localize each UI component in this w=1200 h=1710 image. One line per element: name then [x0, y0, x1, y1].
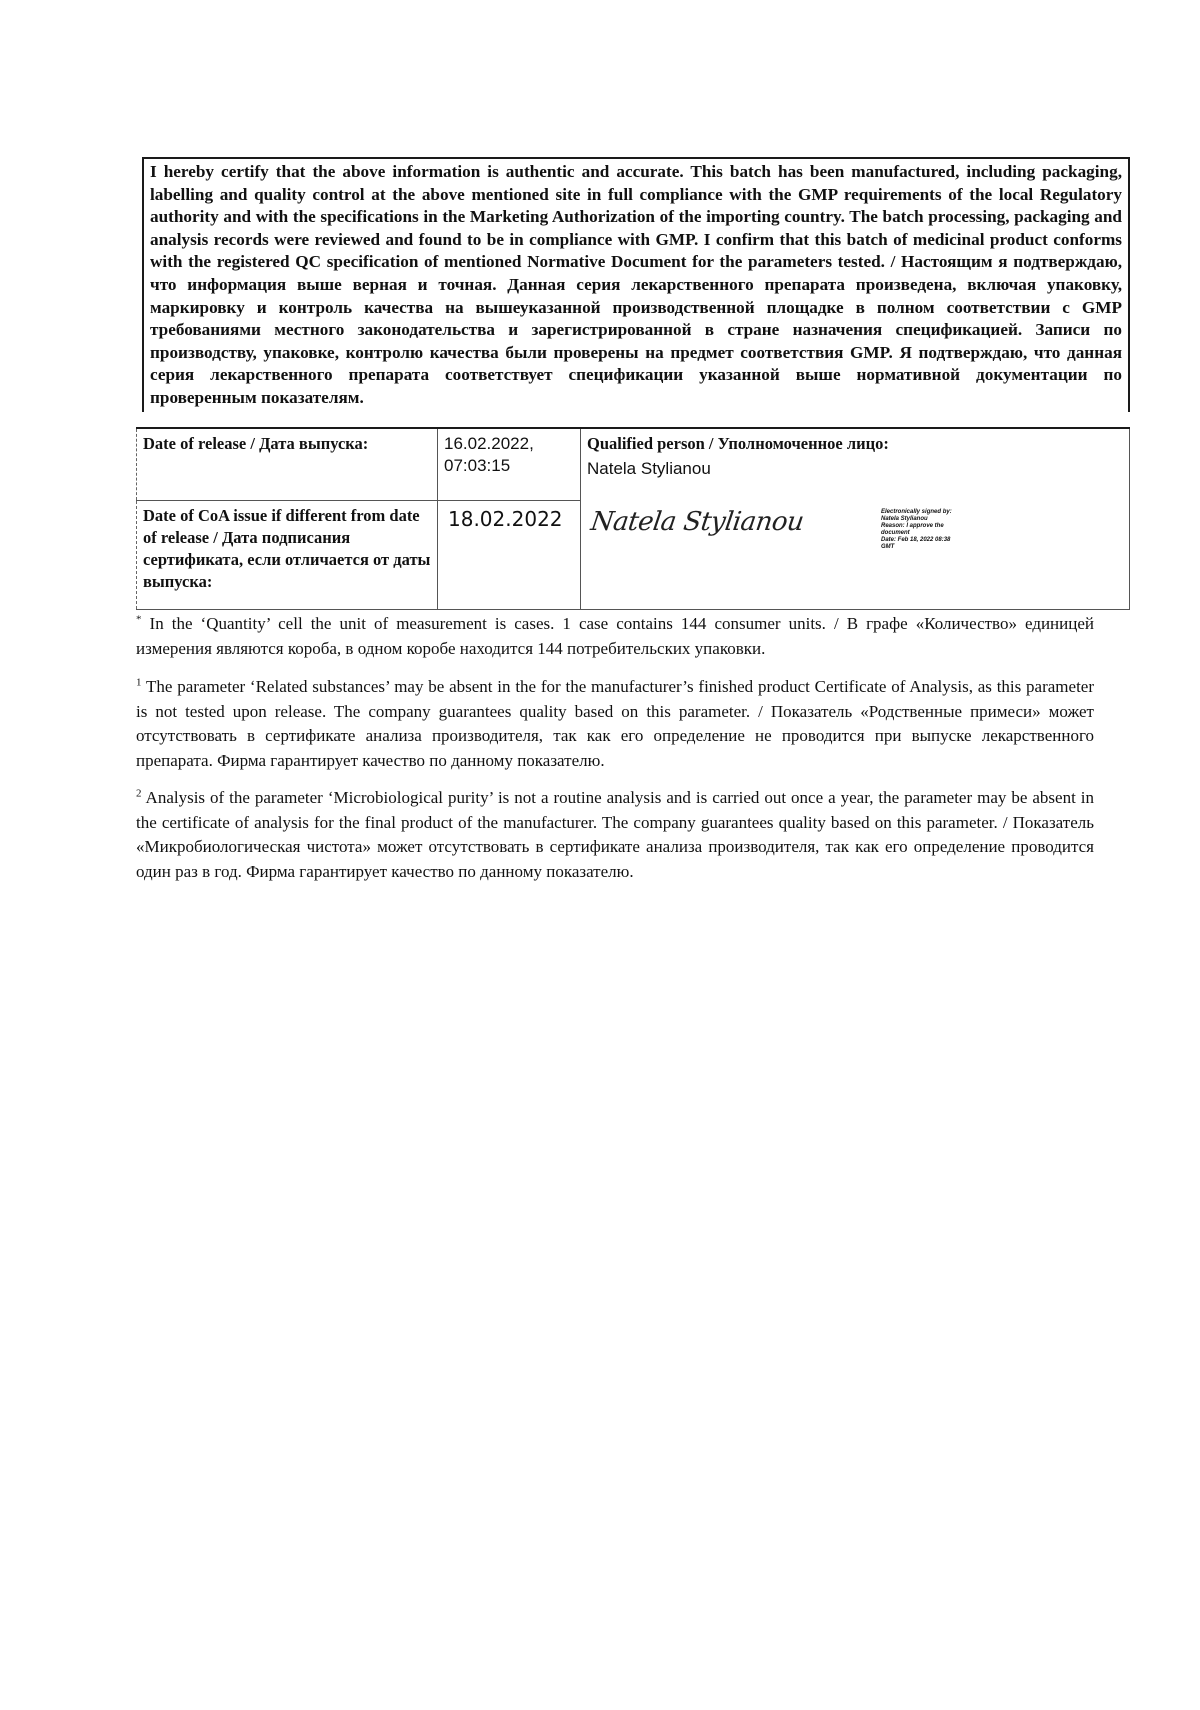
qualified-person-cell: Qualified person / Уполномоченное лицо: …	[581, 428, 1130, 610]
coa-issue-value-cell: 18.02.2022	[438, 500, 581, 610]
esig-line: Natela Stylianou	[881, 516, 952, 523]
esig-line: Date: Feb 18, 2022 08:38	[881, 537, 952, 544]
date-of-release-value-line1: 16.02.2022,	[444, 433, 574, 455]
handwritten-signature: Natela Stylianou	[589, 507, 806, 537]
electronic-signature-stamp: Electronically signed by: Natela Stylian…	[881, 509, 952, 551]
qualified-person-name: Natela Stylianou	[587, 458, 1123, 480]
date-of-release-label: Date of release / Дата выпуска:	[143, 433, 431, 455]
footnote-text: Analysis of the parameter ‘Microbiologic…	[136, 788, 1094, 881]
footnote-1: 1 The parameter ‘Related substances’ may…	[136, 675, 1094, 773]
certification-statement: I hereby certify that the above informat…	[142, 157, 1130, 412]
release-row: Date of release / Дата выпуска: 16.02.20…	[137, 428, 1130, 500]
footnote-text: The parameter ‘Related substances’ may b…	[136, 677, 1094, 770]
esig-line: document	[881, 530, 952, 537]
qualified-person-label: Qualified person / Уполномоченное лицо:	[587, 433, 1123, 455]
coa-issue-value: 18.02.2022	[448, 507, 574, 531]
coa-issue-label-cell: Date of CoA issue if different from date…	[137, 500, 438, 610]
footnote-text: In the ‘Quantity’ cell the unit of measu…	[136, 614, 1094, 658]
date-of-release-value-cell: 16.02.2022, 07:03:15	[438, 428, 581, 500]
esig-line: GMT	[881, 544, 952, 551]
release-table: Date of release / Дата выпуска: 16.02.20…	[136, 427, 1130, 610]
coa-issue-label: Date of CoA issue if different from date…	[143, 505, 431, 593]
date-of-release-value-line2: 07:03:15	[444, 455, 574, 477]
esig-line: Reason: I approve the	[881, 523, 952, 530]
esig-line: Electronically signed by:	[881, 509, 952, 516]
date-of-release-label-cell: Date of release / Дата выпуска:	[137, 428, 438, 500]
footnote-2: 2 Analysis of the parameter ‘Microbiolog…	[136, 786, 1094, 884]
footnote-asterisk: * In the ‘Quantity’ cell the unit of mea…	[136, 612, 1094, 661]
certification-text: I hereby certify that the above informat…	[150, 162, 1122, 407]
